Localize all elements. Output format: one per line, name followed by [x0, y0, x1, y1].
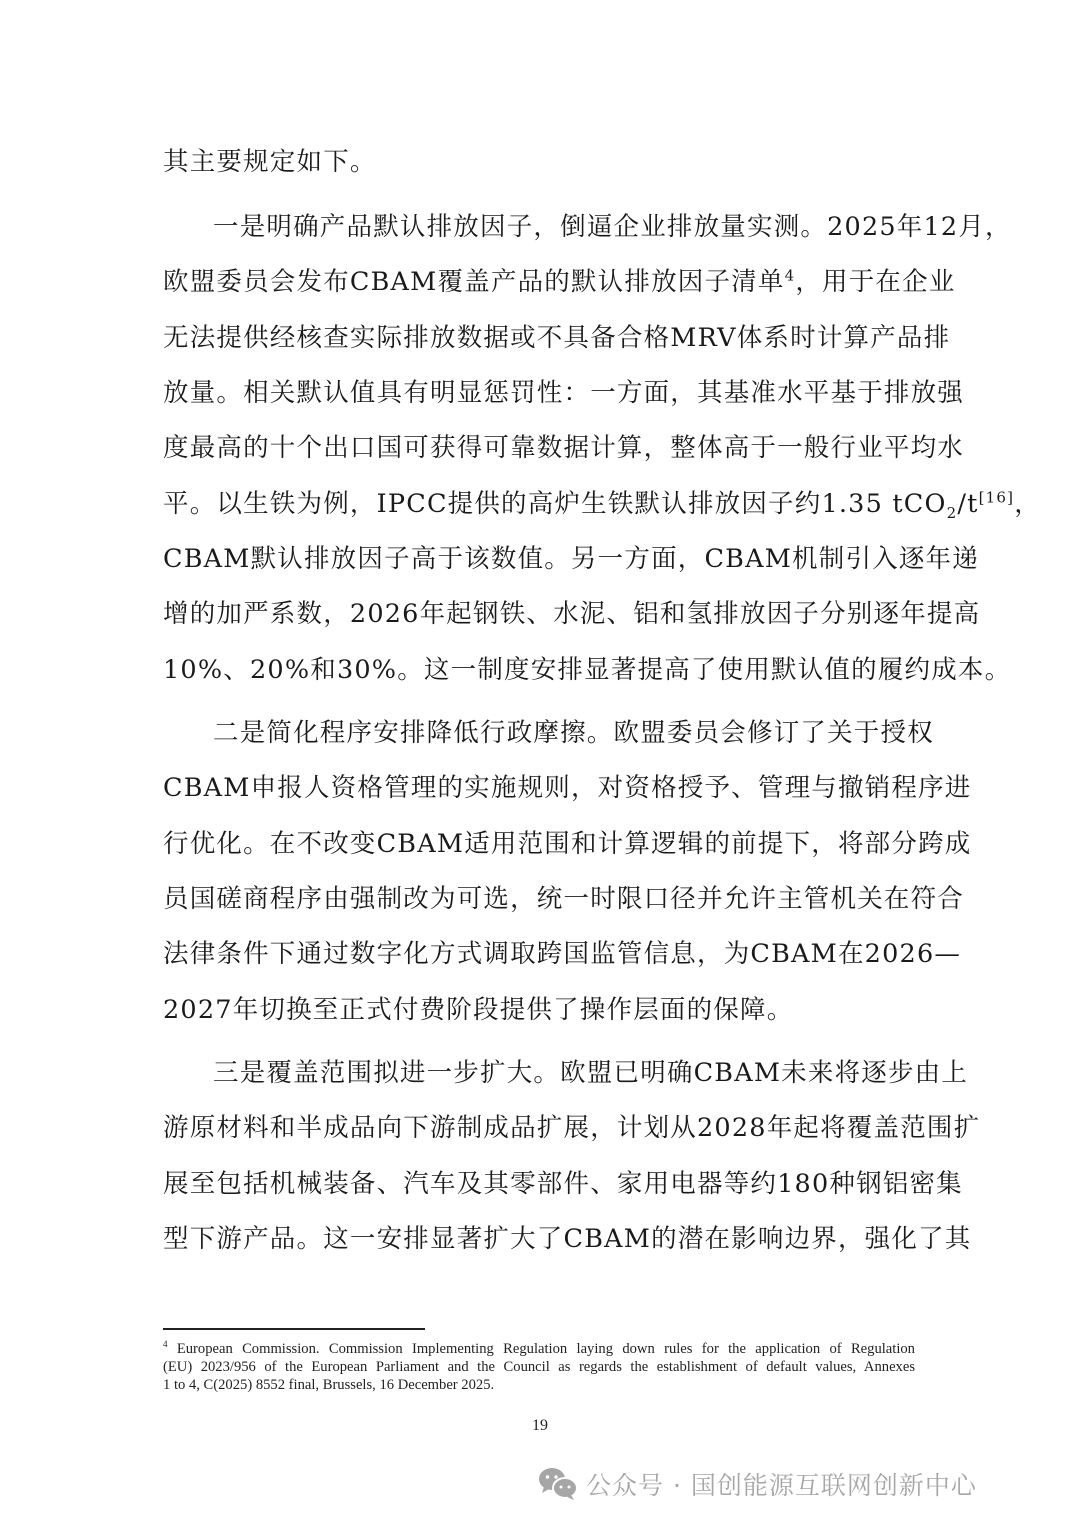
watermark: 公众号 · 国创能源互联网创新中心	[538, 1464, 977, 1504]
footnote-marker: 4	[163, 1339, 168, 1349]
paragraph-2-heading-line: 二是简化程序安排降低行政摩擦。欧盟委员会修订了关于授权	[213, 713, 915, 753]
body-line: 无法提供经核查实际排放数据或不具备合格MRV体系时计算产品排	[163, 318, 915, 358]
footnote-separator	[163, 1328, 425, 1330]
body-line: CBAM默认排放因子高于该数值。另一方面，CBAM机制引入逐年递	[163, 539, 915, 579]
body-line: 游原材料和半成品向下游制成品扩展，计划从2028年起将覆盖范围扩	[163, 1108, 915, 1148]
document-page: 其主要规定如下。 一是明确产品默认排放因子，倒逼企业排放量实测。2025年12月…	[0, 0, 1080, 1527]
footnote-line: 1 to 4, C(2025) 8552 final, Brussels, 16…	[163, 1376, 915, 1395]
body-line: 欧盟委员会发布CBAM覆盖产品的默认排放因子清单4，用于在企业	[163, 262, 915, 302]
watermark-text: 公众号 · 国创能源互联网创新中心	[586, 1466, 977, 1502]
body-line: 2027年切换至正式付费阶段提供了操作层面的保障。	[163, 990, 915, 1030]
body-line: 10%、20%和30%。这一制度安排显著提高了使用默认值的履约成本。	[163, 650, 915, 690]
body-line: 法律条件下通过数字化方式调取跨国监管信息，为CBAM在2026—	[163, 934, 915, 974]
body-line: 其主要规定如下。	[163, 142, 915, 182]
body-line: 增的加严系数，2026年起钢铁、水泥、铝和氢排放因子分别逐年提高	[163, 594, 915, 634]
paragraph-1-heading-line: 一是明确产品默认排放因子，倒逼企业排放量实测。2025年12月，	[213, 207, 915, 247]
footnote-ref[interactable]: 4	[785, 267, 796, 285]
body-line: 型下游产品。这一安排显著扩大了CBAM的潜在影响边界，强化了其	[163, 1219, 915, 1259]
body-line: 度最高的十个出口国可获得可靠数据计算，整体高于一般行业平均水	[163, 428, 915, 468]
citation-ref[interactable]: [16]	[979, 489, 1015, 507]
footnote-line: (EU) 2023/956 of the European Parliament…	[163, 1358, 915, 1377]
body-line: 放量。相关默认值具有明显惩罚性：一方面，其基准水平基于排放强	[163, 373, 915, 413]
page-number: 19	[0, 1417, 1080, 1435]
body-line: 展至包括机械装备、汽车及其零部件、家用电器等约180种钢铝密集	[163, 1164, 915, 1204]
body-line: CBAM申报人资格管理的实施规则，对资格授予、管理与撤销程序进	[163, 768, 915, 808]
paragraph-3-heading-line: 三是覆盖范围拟进一步扩大。欧盟已明确CBAM未来将逐步由上	[213, 1053, 915, 1093]
body-line: 员国磋商程序由强制改为可选，统一时限口径并允许主管机关在符合	[163, 879, 915, 919]
footnote-line: 4 European Commission. Commission Implem…	[163, 1340, 915, 1359]
body-line: 行优化。在不改变CBAM适用范围和计算逻辑的前提下，将部分跨成	[163, 824, 915, 864]
wechat-icon	[538, 1466, 578, 1502]
body-line: 平。以生铁为例，IPCC提供的高炉生铁默认排放因子约1.35 tCO2/t[16…	[163, 484, 915, 524]
